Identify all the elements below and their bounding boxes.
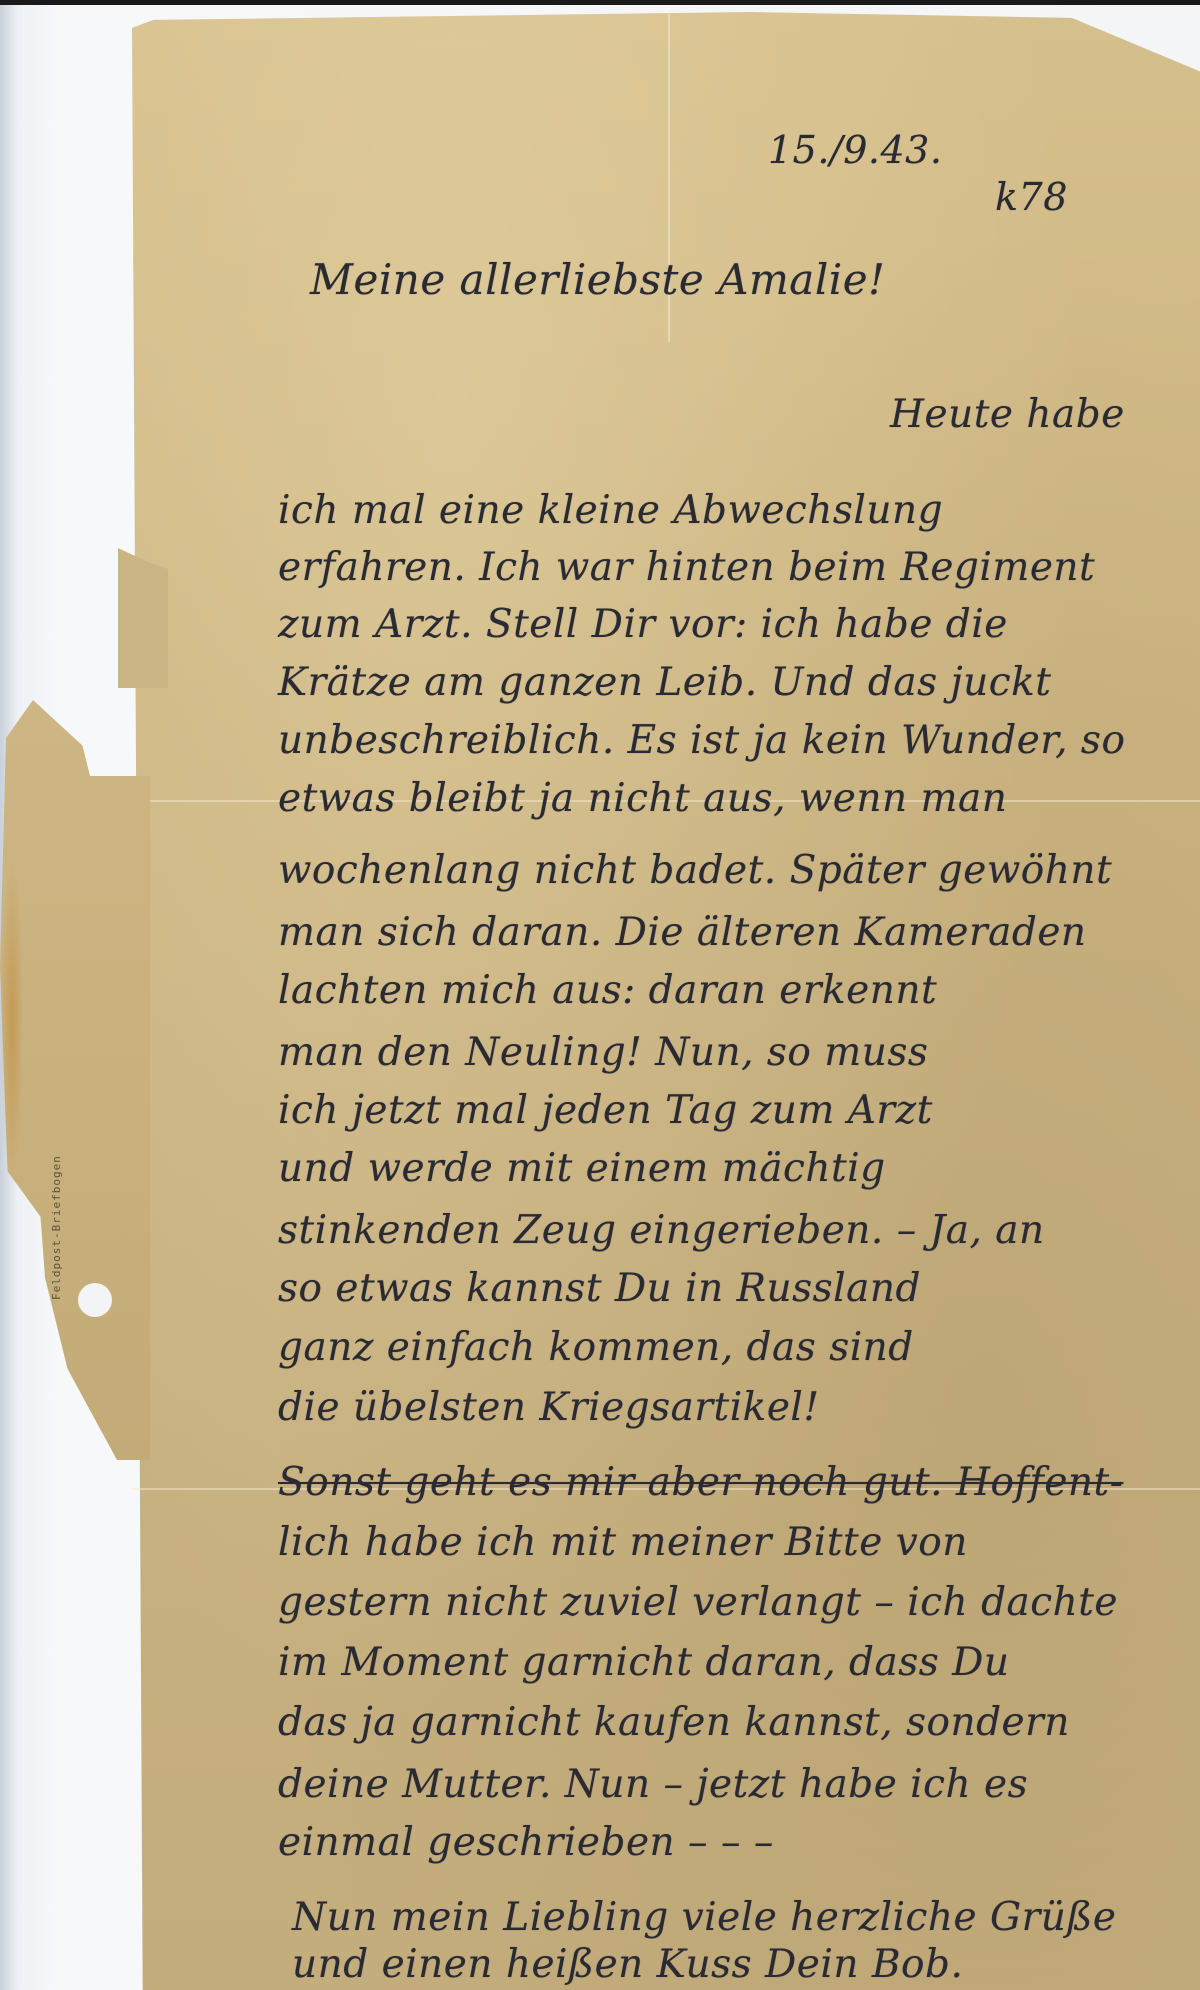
body-line: erfahren. Ich war hinten beim Regiment	[278, 545, 1095, 590]
margin-print: Feldpost-Briefbogen	[50, 1155, 63, 1300]
water-stain	[0, 860, 24, 1180]
scanner-edge	[0, 0, 1200, 5]
body-line: im Moment garnicht daran, dass Du	[278, 1640, 1010, 1685]
body-line: Krätze am ganzen Leib. Und das juckt	[278, 660, 1051, 705]
body-line: das ja garnicht kaufen kannst, sondern	[278, 1700, 1070, 1745]
body-line: so etwas kannst Du in Russland	[278, 1266, 921, 1311]
body-line: etwas bleibt ja nicht aus, wenn man	[278, 776, 1007, 821]
reference-mark: k78	[995, 175, 1068, 219]
body-line: zum Arzt. Stell Dir vor: ich habe die	[278, 602, 1008, 647]
body-line: man den Neuling! Nun, so muss	[278, 1030, 928, 1075]
body-line: ich mal eine kleine Abwechslung	[278, 488, 943, 533]
letter-date: 15./9.43.	[768, 128, 942, 172]
body-line: die übelsten Kriegsartikel!	[278, 1385, 820, 1430]
closing-line: Nun mein Liebling viele herzliche Grüße	[292, 1895, 1117, 1940]
body-line: und werde mit einem mächtig	[278, 1146, 886, 1191]
body-line: lachten mich aus: daran erkennt	[278, 968, 937, 1013]
salutation: Meine allerliebste Amalie!	[310, 255, 885, 304]
torn-paper-tab	[118, 548, 168, 688]
body-line: stinkenden Zeug eingerieben. – Ja, an	[278, 1208, 1045, 1253]
body-line: ich jetzt mal jeden Tag zum Arzt	[278, 1088, 933, 1133]
body-line: unbeschreiblich. Es ist ja kein Wunder, …	[278, 718, 1125, 763]
body-line: ganz einfach kommen, das sind	[278, 1325, 914, 1370]
body-line: wochenlang nicht badet. Später gewöhnt	[278, 848, 1112, 893]
body-line: deine Mutter. Nun – jetzt habe ich es	[278, 1762, 1028, 1807]
punch-hole	[78, 1283, 112, 1317]
body-line: Heute habe	[890, 392, 1125, 437]
body-line: lich habe ich mit meiner Bitte von	[278, 1520, 968, 1565]
body-line: man sich daran. Die älteren Kameraden	[278, 910, 1087, 955]
body-line: einmal geschrieben – – –	[278, 1820, 774, 1865]
body-line: gestern nicht zuviel verlangt – ich dach…	[278, 1580, 1118, 1625]
closing-signature: und einen heißen Kuss Dein Bob.	[292, 1942, 963, 1987]
body-line-struck: Sonst geht es mir aber noch gut. Hoffent…	[278, 1460, 1123, 1505]
